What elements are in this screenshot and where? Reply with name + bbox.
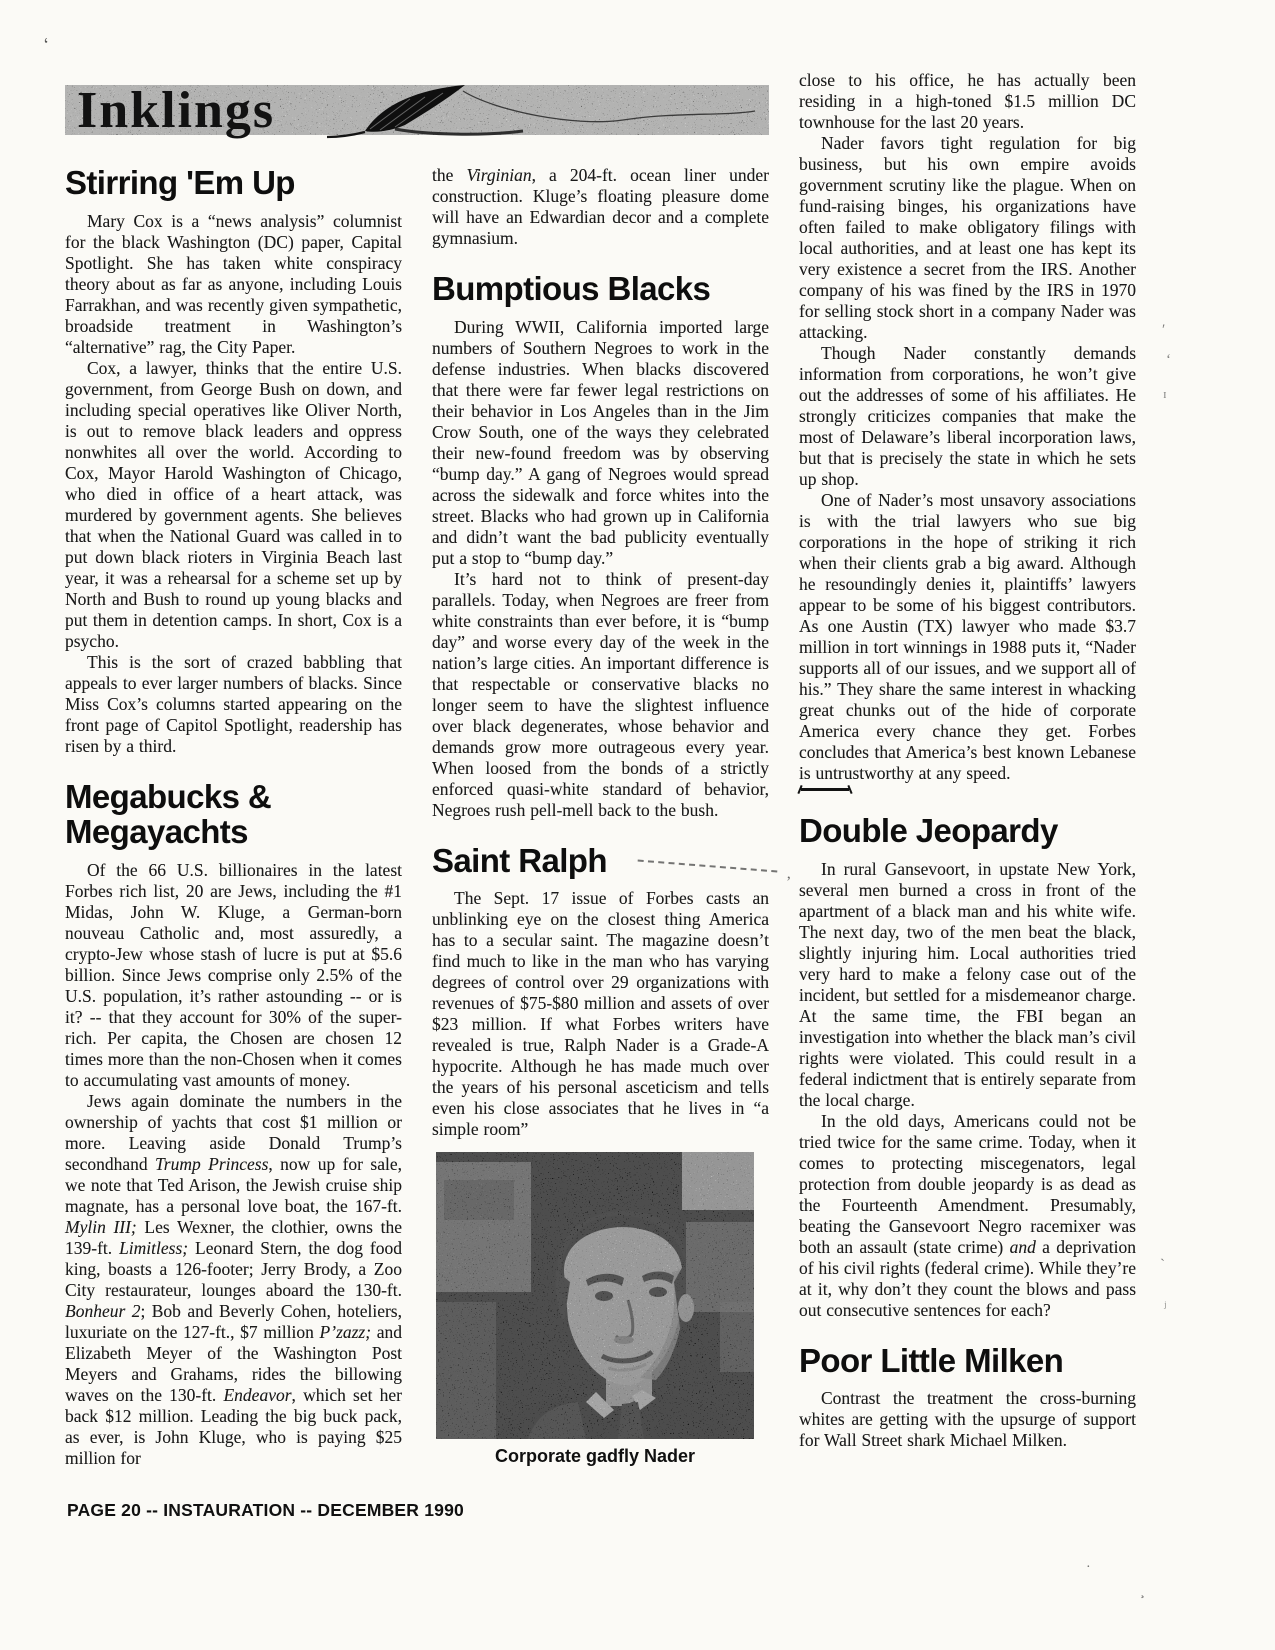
paragraph: This is the sort of crazed babbling that… — [65, 652, 402, 757]
pen-scribble-artifact — [637, 859, 778, 884]
heading-poor-little-milken: Poor Little Milken — [799, 1343, 1136, 1379]
text-segment: One of Nader’s most unsavory association… — [799, 490, 1136, 783]
paragraph: One of Nader’s most unsavory association… — [799, 490, 1136, 784]
scan-artifact: ʲ — [1164, 1300, 1166, 1316]
text-segment: Mary Cox is a “news analysis” columnist … — [65, 211, 402, 357]
heading-stirring-em-up: Stirring 'Em Up — [65, 165, 402, 201]
paragraph: In rural Gansevoort, in upstate New York… — [799, 859, 1136, 1111]
heading-megabucks-megayachts: Megabucks & Megayachts — [65, 779, 402, 850]
text-segment: In the old days, Americans could not be … — [799, 1111, 1136, 1257]
text-segment: This is the sort of crazed babbling that… — [65, 652, 402, 756]
text-segment: In rural Gansevoort, in upstate New York… — [799, 859, 1136, 1110]
scan-artifact: ʻ — [41, 34, 52, 56]
page-content: Inklings Stirring 'Em UpMary Cox is a “n… — [65, 70, 1136, 1469]
scan-artifact: ʻ — [1166, 352, 1171, 369]
paragraph: Mary Cox is a “news analysis” columnist … — [65, 211, 402, 358]
text-segment: close to his office, he has actually bee… — [799, 70, 1136, 132]
column-2: the Virginian, a 204-ft. ocean liner und… — [432, 165, 769, 1469]
text-segment: Endeavor — [223, 1385, 291, 1405]
text-segment: P’zazz; — [320, 1322, 372, 1342]
text-segment: Virginian — [466, 165, 531, 185]
text-segment: Trump Princess — [155, 1154, 268, 1174]
inklings-banner-graphic: Inklings — [65, 85, 769, 135]
correction-dash-artifact — [801, 788, 849, 791]
paragraph: It’s hard not to think of present-day pa… — [432, 569, 769, 821]
inklings-banner: Inklings — [65, 85, 769, 135]
heading-double-jeopardy: Double Jeopardy — [799, 813, 1136, 849]
magazine-page: Inklings Stirring 'Em UpMary Cox is a “n… — [0, 0, 1275, 1650]
paragraph: close to his office, he has actually bee… — [799, 70, 1136, 133]
text-segment: Contrast the treatment the cross-burning… — [799, 1388, 1136, 1450]
page-footer: PAGE 20 -- INSTAURATION -- DECEMBER 1990 — [67, 1500, 464, 1521]
column-1: Stirring 'Em UpMary Cox is a “news analy… — [65, 165, 402, 1469]
paragraph: Contrast the treatment the cross-burning… — [799, 1388, 1136, 1451]
text-segment: Of the 66 U.S. billionaires in the lates… — [65, 860, 402, 1090]
paragraph: the Virginian, a 204-ft. ocean liner und… — [432, 165, 769, 249]
text-segment: Nader favors tight regulation for big bu… — [799, 133, 1136, 342]
scan-artifact: ɪ — [1163, 386, 1167, 402]
text-segment: Limitless; — [119, 1238, 188, 1258]
heading-saint-ralph: Saint Ralph — [432, 843, 769, 879]
paragraph: Of the 66 U.S. billionaires in the lates… — [65, 860, 402, 1091]
heading-bumptious-blacks: Bumptious Blacks — [432, 271, 769, 307]
nader-photo-figure: Corporate gadfly Nader — [436, 1152, 754, 1467]
text-segment: the — [432, 165, 466, 185]
text-segment: Cox, a lawyer, thinks that the entire U.… — [65, 358, 402, 651]
scan-artifact: · — [1086, 1560, 1091, 1576]
paragraph: The Sept. 17 issue of Forbes casts an un… — [432, 888, 769, 1140]
photo-caption: Corporate gadfly Nader — [436, 1446, 754, 1467]
paragraph: During WWII, California imported large n… — [432, 317, 769, 569]
text-segment: It’s hard not to think of present-day pa… — [432, 569, 769, 820]
text-segment: Mylin III; — [65, 1217, 137, 1237]
scan-artifact: ˎ — [1160, 1246, 1165, 1263]
text-segment: Bonheur 2 — [65, 1301, 140, 1321]
paragraph: Cox, a lawyer, thinks that the entire U.… — [65, 358, 402, 652]
section-title: Inklings — [77, 82, 275, 139]
paragraph: Nader favors tight regulation for big bu… — [799, 133, 1136, 343]
text-segment: The Sept. 17 issue of Forbes casts an un… — [432, 888, 769, 1139]
text-segment: During WWII, California imported large n… — [432, 317, 769, 568]
column-3: close to his office, he has actually bee… — [799, 70, 1136, 1469]
nader-photo — [436, 1152, 754, 1439]
paragraph: Though Nader constantly demands informat… — [799, 343, 1136, 490]
text-segment: and — [1010, 1237, 1036, 1257]
scan-artifact: ¸ — [1140, 1584, 1145, 1600]
paragraph: In the old days, Americans could not be … — [799, 1111, 1136, 1321]
paragraph: Jews again dominate the numbers in the o… — [65, 1091, 402, 1469]
text-segment: Though Nader constantly demands informat… — [799, 343, 1136, 489]
scan-artifact: ʹ — [1162, 322, 1165, 339]
